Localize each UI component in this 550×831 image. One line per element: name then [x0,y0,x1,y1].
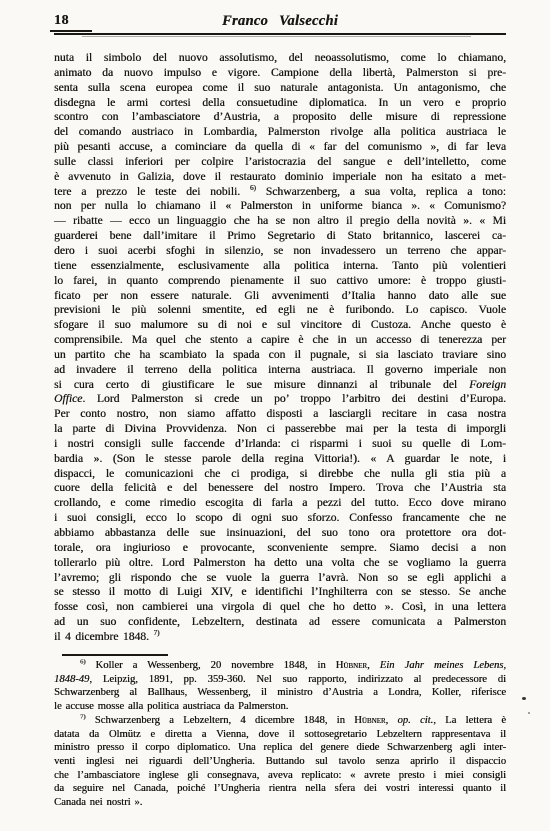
book-page: 18 Franco Valsecchi nuta il simbolo del … [0,0,550,831]
text-line: più pesanti accuse, a cominciare da quel… [54,140,506,155]
text-line: ad un suo confidente, Lebzeltern, destin… [54,615,506,630]
text-line: se stesso il motto di Luigi XIV, e ident… [54,585,506,600]
text-line: abbiamo abbastanza delle sue insinuazion… [54,526,506,541]
text-line: tollerarlo più oltre. Lord Palmerston ha… [54,556,506,571]
footnotes-block: 6) Koller a Wessenberg, 20 novembre 1848… [54,659,506,810]
text-line: da seguire nel Canada, poiché l’Ungheria… [54,782,506,796]
footnote-separator-rule [62,654,168,656]
text-line: crollando, e come rimedio escogita di fa… [54,496,506,511]
text-line: è avvenuto in Galizia, dove il restaurat… [54,170,506,185]
header-rule [54,33,506,35]
scan-speck [528,712,530,714]
text-line: la parte di Divina Provvidenza. Non ci p… [54,422,506,437]
text-line: animato da nuovo impulso e vigore. Campi… [54,66,506,81]
body-paragraph: nuta il simbolo del nuovo assolutismo, d… [54,51,506,645]
text-line: ad invadere il terreno della politica in… [54,363,506,378]
text-line: ministro presso il corpo diplomatico. Un… [54,741,506,755]
text-line: Office. Lord Palmerston si crede un po’ … [54,392,506,407]
text-line: — ribatte — ecco un linguaggio che ha se… [54,214,506,229]
text-line: un partito che ha scambiato la spada con… [54,348,506,363]
text-line: le accuse mosse alla politica austriaca … [54,700,506,714]
text-line: dispacci, le comunicazioni che ci prodig… [54,467,506,482]
text-line: torale, ora ingiurioso e provocante, sco… [54,541,506,556]
text-line: 6) Koller a Wessenberg, 20 novembre 1848… [54,659,506,673]
text-line: sulle classi inferiori per colpire l’ari… [54,155,506,170]
page-number-underline [50,30,92,32]
text-line: comprensibile. Ma quel che stento a capi… [54,333,506,348]
footnote-7: 7) Schwarzenberg a Lebzeltern, 4 dicembr… [54,714,506,810]
text-line: guarderei bene dall’imitare il Primo Seg… [54,229,506,244]
running-title: Franco Valsecchi [54,13,506,30]
text-line: cuore della felicità e del benessere del… [54,481,506,496]
text-line: disdegna le armi cortesi della consuetud… [54,96,506,111]
page-header: 18 Franco Valsecchi [54,13,506,31]
text-line: fosse così, non cambierei una virgola di… [54,600,506,615]
text-line: Canada nei nostri ». [54,796,506,810]
text-line: scontro con l’ambasciatore d’Austria, a … [54,110,506,125]
text-line: i nostri consigli sulle faccende d’Irlan… [54,437,506,452]
page-number: 18 [54,13,69,29]
text-line: tere a prezzo le teste dei nobili. 6) Sc… [54,185,506,200]
text-line: venti inglesi nei riguardi dell’Ungheria… [54,755,506,769]
text-line: si cura certo di giustificare le sue mis… [54,378,506,393]
text-line: lo farei, in quanto comprendo pienamente… [54,274,506,289]
text-line: datata da Olmütz e diretta a Vienna, dov… [54,728,506,742]
footnote-6: 6) Koller a Wessenberg, 20 novembre 1848… [54,659,506,714]
text-line: del comando austriaco in Lombardia, Palm… [54,125,506,140]
text-line: nuta il simbolo del nuovo assolutismo, d… [54,51,506,66]
text-line: Per conto nostro, non siamo affatto disp… [54,407,506,422]
scan-speck [522,697,526,700]
text-line: che l’ambasciatore inglese gli consegnav… [54,769,506,783]
text-line: 7) Schwarzenberg a Lebzeltern, 4 dicembr… [54,714,506,728]
text-line: senta sulla scena europea come il suo na… [54,81,506,96]
text-line: 1848-49, Leipzig, 1891, pp. 359-360. Nel… [54,673,506,687]
text-line: sfogare il suo malumore su di noi e sul … [54,318,506,333]
text-line: tiene essenzialmente, esclusivamente all… [54,259,506,274]
text-line: dero i suoi acerbi sfoghi in silenzio, s… [54,244,506,259]
text-line: Schwarzenberg al Ballhaus, Wessenberg, i… [54,686,506,700]
text-line: previsioni le più solenni smentite, ed e… [54,303,506,318]
text-line: ficato per non essere naturale. Gli avve… [54,289,506,304]
text-line: bardia ». (Son le stesse parole della re… [54,452,506,467]
text-line: il 4 dicembre 1848. 7) [54,630,506,645]
text-line: non per nulla lo chiamano il « Palmersto… [54,199,506,214]
text-line: l’avremo; gli rispondo che se vuole la g… [54,571,506,586]
text-line: i suoi consigli, ecco lo scopo di ogni s… [54,511,506,526]
